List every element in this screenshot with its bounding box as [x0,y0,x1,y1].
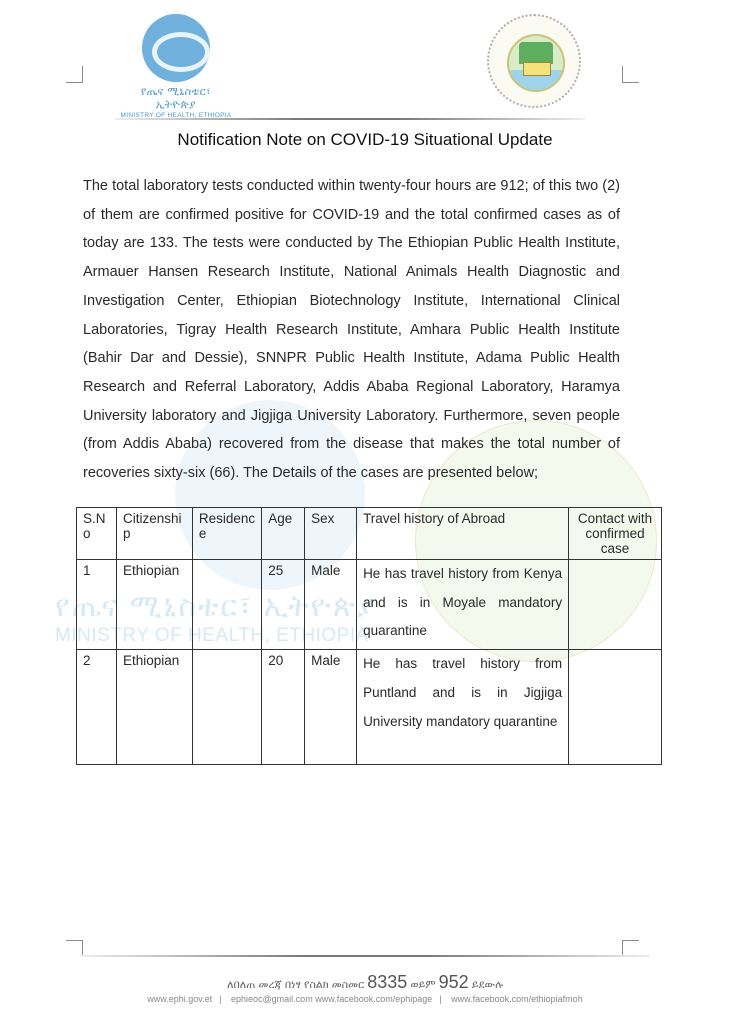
col-header-sex: Sex [305,508,357,560]
table-row: 2 Ethiopian 20 Male He has travel histor… [77,650,662,765]
table-header-row: S.N o Citizenshi p Residenc e Age Sex Tr… [77,508,662,560]
footer-divider [80,955,650,957]
cell-contact [569,560,662,650]
cases-table: S.N o Citizenshi p Residenc e Age Sex Tr… [76,507,662,765]
col-header-citizenship: Citizenshi p [116,508,192,560]
col-header-residence: Residenc e [192,508,261,560]
cell-age: 25 [262,560,305,650]
cell-residence [192,560,261,650]
cell-sn: 2 [77,650,117,765]
footer-hotline: ለበለጠ መረጃ በነፃ የስልክ መስመር 8335 ወይም 952 ይደውሉ [0,972,730,993]
col-header-travel: Travel history of Abroad [357,508,569,560]
col-header-sn: S.N o [77,508,117,560]
cell-age: 20 [262,650,305,765]
update-paragraph: The total laboratory tests conducted wit… [83,172,620,488]
cell-travel: He has travel history from Kenya and is … [357,560,569,650]
cell-sex: Male [305,650,357,765]
cell-sex: Male [305,560,357,650]
moh-emblem-icon [142,14,210,82]
cell-sn: 1 [77,560,117,650]
ephi-logo [487,14,581,108]
header-divider [115,118,585,120]
corner-mark [66,66,83,83]
page-title: Notification Note on COVID-19 Situationa… [0,130,730,150]
footer-link-email-facebook[interactable]: ephieoc@gmail.com www.facebook.com/ephip… [231,994,432,1004]
hotline-number-1: 8335 [367,972,407,992]
table-row: 1 Ethiopian 25 Male He has travel histor… [77,560,662,650]
col-header-contact: Contact with confirmed case [569,508,662,560]
footer-link-facebook-moh[interactable]: www.facebook.com/ethiopiafmoh [451,994,583,1004]
ephi-emblem-icon [507,34,565,92]
cell-citizenship: Ethiopian [116,560,192,650]
moh-logo: የጤና ሚኒስቴር፣ ኢትዮጵያ MINISTRY OF HEALTH, ETH… [120,14,232,119]
hotline-number-2: 952 [439,972,469,992]
cell-citizenship: Ethiopian [116,650,192,765]
col-header-age: Age [262,508,305,560]
cell-contact [569,650,662,765]
moh-logo-amharic: የጤና ሚኒስቴር፣ ኢትዮጵያ [120,86,232,112]
corner-mark [622,66,639,83]
footer-links: www.ephi.gov.et| ephieoc@gmail.com www.f… [0,994,730,1004]
cell-travel: He has travel history from Puntland and … [357,650,569,765]
cell-residence [192,650,261,765]
footer-link-website[interactable]: www.ephi.gov.et [147,994,212,1004]
